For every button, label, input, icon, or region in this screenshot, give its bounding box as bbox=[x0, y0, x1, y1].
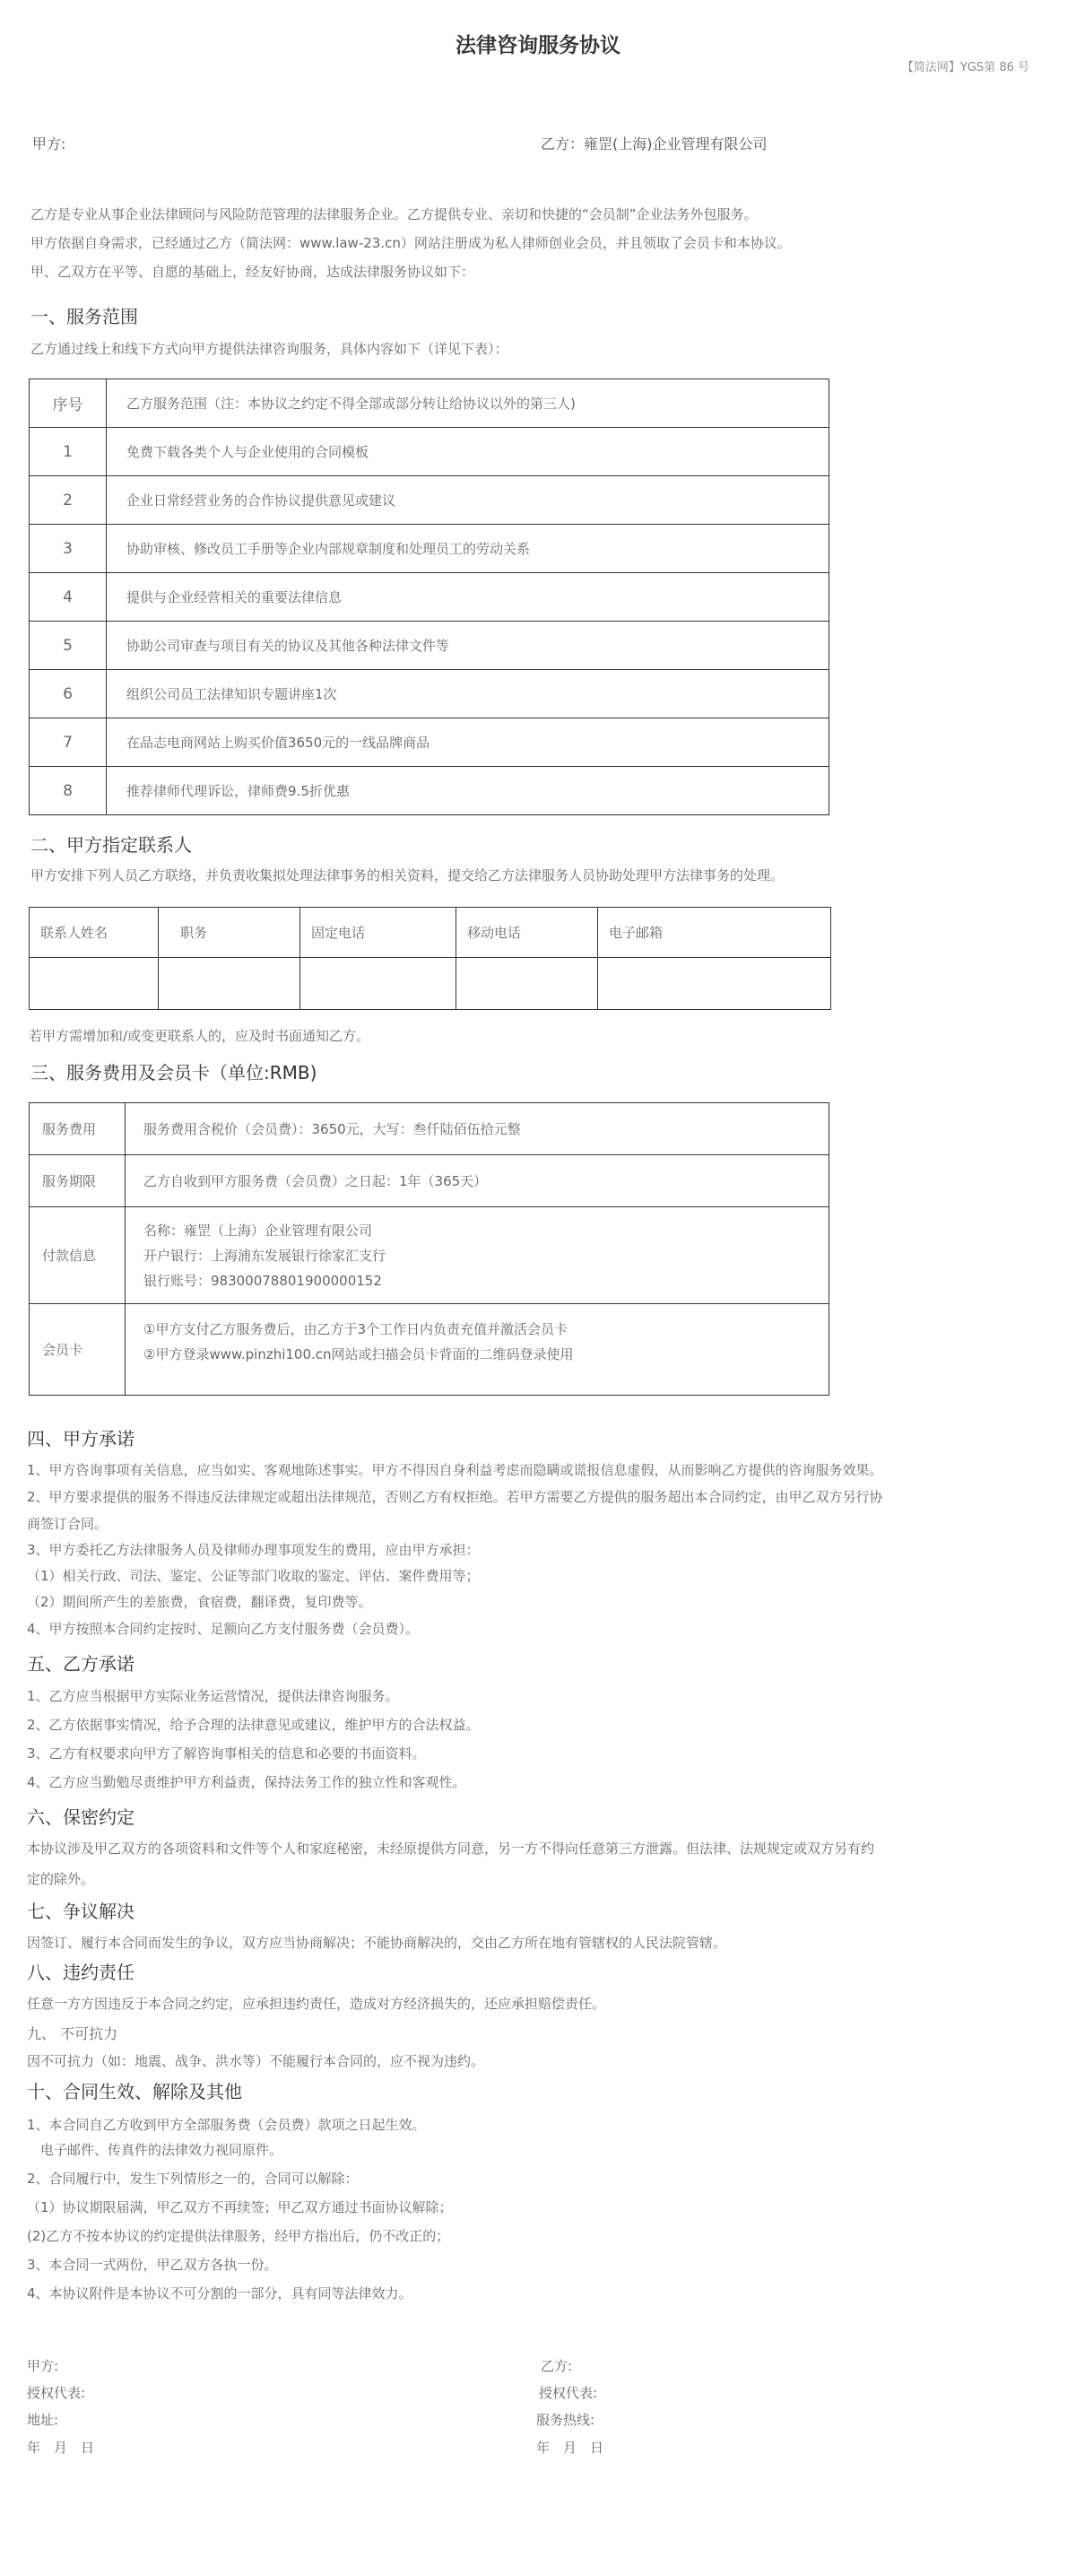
reference-number: 【简法网】YGS第 86 号 bbox=[902, 57, 1029, 74]
row-number: 8 bbox=[30, 767, 107, 815]
table-row: 7在品志电商网站上购买价值3650元的一线品牌商品 bbox=[30, 718, 829, 767]
section-9-heading: 九、 不可抗力 bbox=[27, 2023, 117, 2043]
table-header-cell: 乙方服务范围（注：本协议之约定不得全部或部分转让给协议以外的第三人) bbox=[107, 379, 829, 428]
section-2-text: 甲方安排下列人员乙方联络，并负责收集拟处理法律事务的相关资料，提交给乙方法律服务… bbox=[30, 866, 784, 884]
section-5-item: 2、乙方依据事实情况，给予合理的法律意见或建议，维护甲方的合法权益。 bbox=[27, 1715, 480, 1734]
table-row: 4提供与企业经营相关的重要法律信息 bbox=[30, 573, 829, 622]
section-4-item: 商签订合同。 bbox=[27, 1514, 108, 1533]
signature-party-b-hotline: 服务热线: bbox=[536, 2410, 594, 2429]
row-number: 6 bbox=[30, 670, 107, 718]
fee-row: 服务费用 服务费用含税价（会员费）：3650元，大写：叁仟陆佰伍拾元整 bbox=[30, 1103, 829, 1155]
header-mobile: 移动电话 bbox=[456, 908, 598, 958]
contact-name-cell[interactable] bbox=[30, 958, 159, 1010]
section-4-item: 4、甲方按照本合同约定按时、足额向乙方支付服务费（会员费）。 bbox=[27, 1619, 419, 1638]
section-10-item: 4、本协议附件是本协议不可分割的一部分，具有同等法律效力。 bbox=[27, 2284, 412, 2302]
intro-paragraph-3: 甲、乙双方在平等、自愿的基础上，经友好协商，达成法律服务协议如下： bbox=[30, 262, 474, 281]
signature-party-a-rep: 授权代表: bbox=[27, 2383, 85, 2402]
section-1-text: 乙方通过线上和线下方式向甲方提供法律咨询服务，具体内容如下（详见下表）： bbox=[30, 339, 508, 358]
signature-party-b-date: 年 月 日 bbox=[536, 2438, 603, 2457]
landline-cell[interactable] bbox=[300, 958, 456, 1010]
row-description: 在品志电商网站上购买价值3650元的一线品牌商品 bbox=[107, 718, 829, 767]
section-4-item: （1）相关行政、司法、鉴定、公证等部门收取的鉴定、评估、案件费用等； bbox=[27, 1566, 480, 1585]
position-cell[interactable] bbox=[159, 958, 300, 1010]
section-8-text: 任意一方方因违反于本合同之约定，应承担违约责任，造成对方经济损失的，还应承担赔偿… bbox=[27, 1994, 605, 2013]
section-4-item: 1、甲方咨询事项有关信息，应当如实、客观地陈述事实。甲方不得因自身利益考虑而隐瞒… bbox=[27, 1460, 883, 1479]
fee-table: 服务费用 服务费用含税价（会员费）：3650元，大写：叁仟陆佰伍拾元整 服务期限… bbox=[29, 1102, 829, 1396]
card-value: ①甲方支付乙方服务费后，由乙方于3个工作日内负责充值并激活会员卡 ②甲方登录ww… bbox=[126, 1304, 829, 1396]
payment-label: 付款信息 bbox=[30, 1207, 126, 1304]
section-10-heading: 十、合同生效、解除及其他 bbox=[27, 2077, 242, 2103]
section-1-heading: 一、服务范围 bbox=[30, 302, 138, 328]
section-4-item: 2、甲方要求提供的服务不得违反法律规定或超出法律规范，否则乙方有权拒绝。若甲方需… bbox=[27, 1487, 883, 1506]
row-number: 2 bbox=[30, 476, 107, 525]
table-row bbox=[30, 958, 831, 1010]
section-10-item: (2)乙方不按本协议的约定提供法律服务，经甲方指出后，仍不改正的； bbox=[27, 2226, 449, 2245]
section-4-item: 3、甲方委托乙方法律服务人员及律师办理事项发生的费用，应由甲方承担： bbox=[27, 1540, 480, 1559]
header-position: 职务 bbox=[159, 908, 300, 958]
table-header-row: 序号 乙方服务范围（注：本协议之约定不得全部或部分转让给协议以外的第三人) bbox=[30, 379, 829, 428]
header-contact-name: 联系人姓名 bbox=[30, 908, 159, 958]
section-10-item: 3、本合同一式两份，甲乙双方各执一份。 bbox=[27, 2255, 278, 2274]
party-a-label: 甲方: bbox=[32, 133, 65, 153]
term-row: 服务期限 乙方自收到甲方服务费（会员费）之日起：1年（365天） bbox=[30, 1155, 829, 1207]
mobile-cell[interactable] bbox=[456, 958, 598, 1010]
table-row: 8推荐律师代理诉讼，律师费9.5折优惠 bbox=[30, 767, 829, 815]
header-email: 电子邮箱 bbox=[598, 908, 831, 958]
membership-card-row: 会员卡 ①甲方支付乙方服务费后，由乙方于3个工作日内负责充值并激活会员卡 ②甲方… bbox=[30, 1304, 829, 1396]
payment-value: 名称：雍罡（上海）企业管理有限公司 开户银行：上海浦东发展银行徐家汇支行 银行账… bbox=[126, 1207, 829, 1304]
row-number: 4 bbox=[30, 573, 107, 622]
section-8-heading: 八、违约责任 bbox=[27, 1958, 134, 1984]
table-row: 3协助审核、修改员工手册等企业内部规章制度和处理员工的劳动关系 bbox=[30, 525, 829, 573]
section-6-text: 本协议涉及甲乙双方的各项资料和文件等个人和家庭秘密，未经原提供方同意，另一方不得… bbox=[27, 1839, 874, 1858]
row-number: 7 bbox=[30, 718, 107, 767]
section-6-heading: 六、保密约定 bbox=[27, 1803, 134, 1829]
term-label: 服务期限 bbox=[30, 1155, 126, 1207]
section-5-item: 4、乙方应当勤勉尽责维护甲方利益责，保持法务工作的独立性和客观性。 bbox=[27, 1772, 466, 1791]
service-scope-table: 序号 乙方服务范围（注：本协议之约定不得全部或部分转让给协议以外的第三人) 1免… bbox=[29, 379, 829, 815]
section-3-heading: 三、服务费用及会员卡（单位:RMB) bbox=[30, 1058, 317, 1084]
header-landline: 固定电话 bbox=[300, 908, 456, 958]
row-number: 5 bbox=[30, 622, 107, 670]
section-2-heading: 二、甲方指定联系人 bbox=[30, 831, 192, 857]
document-title: 法律咨询服务协议 bbox=[0, 29, 1076, 58]
section-4-heading: 四、甲方承诺 bbox=[27, 1424, 134, 1450]
row-description: 企业日常经营业务的合作协议提供意见或建议 bbox=[107, 476, 829, 525]
section-10-item: 1、本合同自乙方收到甲方全部服务费（会员费）款项之日起生效。 bbox=[27, 2115, 426, 2134]
row-description: 组织公司员工法律知识专题讲座1次 bbox=[107, 670, 829, 718]
row-description: 推荐律师代理诉讼，律师费9.5折优惠 bbox=[107, 767, 829, 815]
contact-person-table: 联系人姓名 职务 固定电话 移动电话 电子邮箱 bbox=[29, 907, 831, 1010]
contact-change-note: 若甲方需增加和/或变更联系人的，应及时书面通知乙方。 bbox=[29, 1026, 369, 1045]
table-row: 5协助公司审查与项目有关的协议及其他各种法律文件等 bbox=[30, 622, 829, 670]
section-9-text: 因不可抗力（如：地震、战争、洪水等）不能履行本合同的，应不视为违约。 bbox=[27, 2051, 484, 2070]
row-description: 协助公司审查与项目有关的协议及其他各种法律文件等 bbox=[107, 622, 829, 670]
bank-name: 开户银行：上海浦东发展银行徐家汇支行 bbox=[143, 1243, 829, 1268]
signature-party-a-date: 年 月 日 bbox=[27, 2438, 94, 2457]
section-7-heading: 七、争议解决 bbox=[27, 1897, 134, 1923]
card-login-text: ②甲方登录www.pinzhi100.cn网站或扫描会员卡背面的二维码登录使用 bbox=[143, 1342, 829, 1367]
card-activation-text: ①甲方支付乙方服务费后，由乙方于3个工作日内负责充值并激活会员卡 bbox=[143, 1317, 829, 1342]
bank-account: 银行账号：98300078801900000152 bbox=[143, 1268, 829, 1293]
signature-party-b-rep: 授权代表: bbox=[539, 2383, 597, 2402]
payee-name: 名称：雍罡（上海）企业管理有限公司 bbox=[143, 1218, 829, 1243]
table-row: 1免费下载各类个人与企业使用的合同模板 bbox=[30, 428, 829, 476]
term-value: 乙方自收到甲方服务费（会员费）之日起：1年（365天） bbox=[126, 1155, 829, 1207]
signature-party-a-address: 地址: bbox=[27, 2410, 58, 2429]
section-7-text: 因签订、履行本合同而发生的争议，双方应当协商解决；不能协商解决的，交由乙方所在地… bbox=[27, 1933, 726, 1952]
fee-value: 服务费用含税价（会员费）：3650元，大写：叁仟陆佰伍拾元整 bbox=[126, 1103, 829, 1155]
fee-label: 服务费用 bbox=[30, 1103, 126, 1155]
signature-party-a: 甲方: bbox=[27, 2356, 58, 2375]
intro-paragraph-2: 甲方依据自身需求，已经通过乙方（简法网：www.law-23.cn）网站注册成为… bbox=[30, 233, 791, 252]
table-row: 2企业日常经营业务的合作协议提供意见或建议 bbox=[30, 476, 829, 525]
table-header-cell: 序号 bbox=[30, 379, 107, 428]
email-cell[interactable] bbox=[598, 958, 831, 1010]
table-header-row: 联系人姓名 职务 固定电话 移动电话 电子邮箱 bbox=[30, 908, 831, 958]
intro-paragraph-1: 乙方是专业从事企业法律顾问与风险防范管理的法律服务企业。乙方提供专业、亲切和快捷… bbox=[30, 205, 758, 223]
signature-party-b: 乙方: bbox=[541, 2356, 572, 2375]
row-number: 1 bbox=[30, 428, 107, 476]
section-5-item: 1、乙方应当根据甲方实际业务运营情况，提供法律咨询服务。 bbox=[27, 1686, 399, 1705]
card-label: 会员卡 bbox=[30, 1304, 126, 1396]
section-6-text: 定的除外。 bbox=[27, 1869, 94, 1888]
table-row: 6组织公司员工法律知识专题讲座1次 bbox=[30, 670, 829, 718]
section-10-item: 电子邮件、传真件的法律效力视同原件。 bbox=[27, 2140, 282, 2159]
section-5-item: 3、乙方有权要求向甲方了解咨询事相关的信息和必要的书面资料。 bbox=[27, 1744, 426, 1762]
row-number: 3 bbox=[30, 525, 107, 573]
row-description: 协助审核、修改员工手册等企业内部规章制度和处理员工的劳动关系 bbox=[107, 525, 829, 573]
row-description: 免费下载各类个人与企业使用的合同模板 bbox=[107, 428, 829, 476]
payment-row: 付款信息 名称：雍罡（上海）企业管理有限公司 开户银行：上海浦东发展银行徐家汇支… bbox=[30, 1207, 829, 1304]
section-5-heading: 五、乙方承诺 bbox=[27, 1649, 134, 1675]
section-4-item: （2）期间所产生的差旅费，食宿费，翻译费，复印费等。 bbox=[27, 1592, 372, 1611]
section-10-item: （1）协议期限届满，甲乙双方不再续签；甲乙双方通过书面协议解除； bbox=[27, 2197, 453, 2216]
party-b-label: 乙方：雍罡(上海)企业管理有限公司 bbox=[541, 133, 768, 153]
section-10-item: 2、合同履行中，发生下列情形之一的，合同可以解除： bbox=[27, 2169, 359, 2188]
row-description: 提供与企业经营相关的重要法律信息 bbox=[107, 573, 829, 622]
